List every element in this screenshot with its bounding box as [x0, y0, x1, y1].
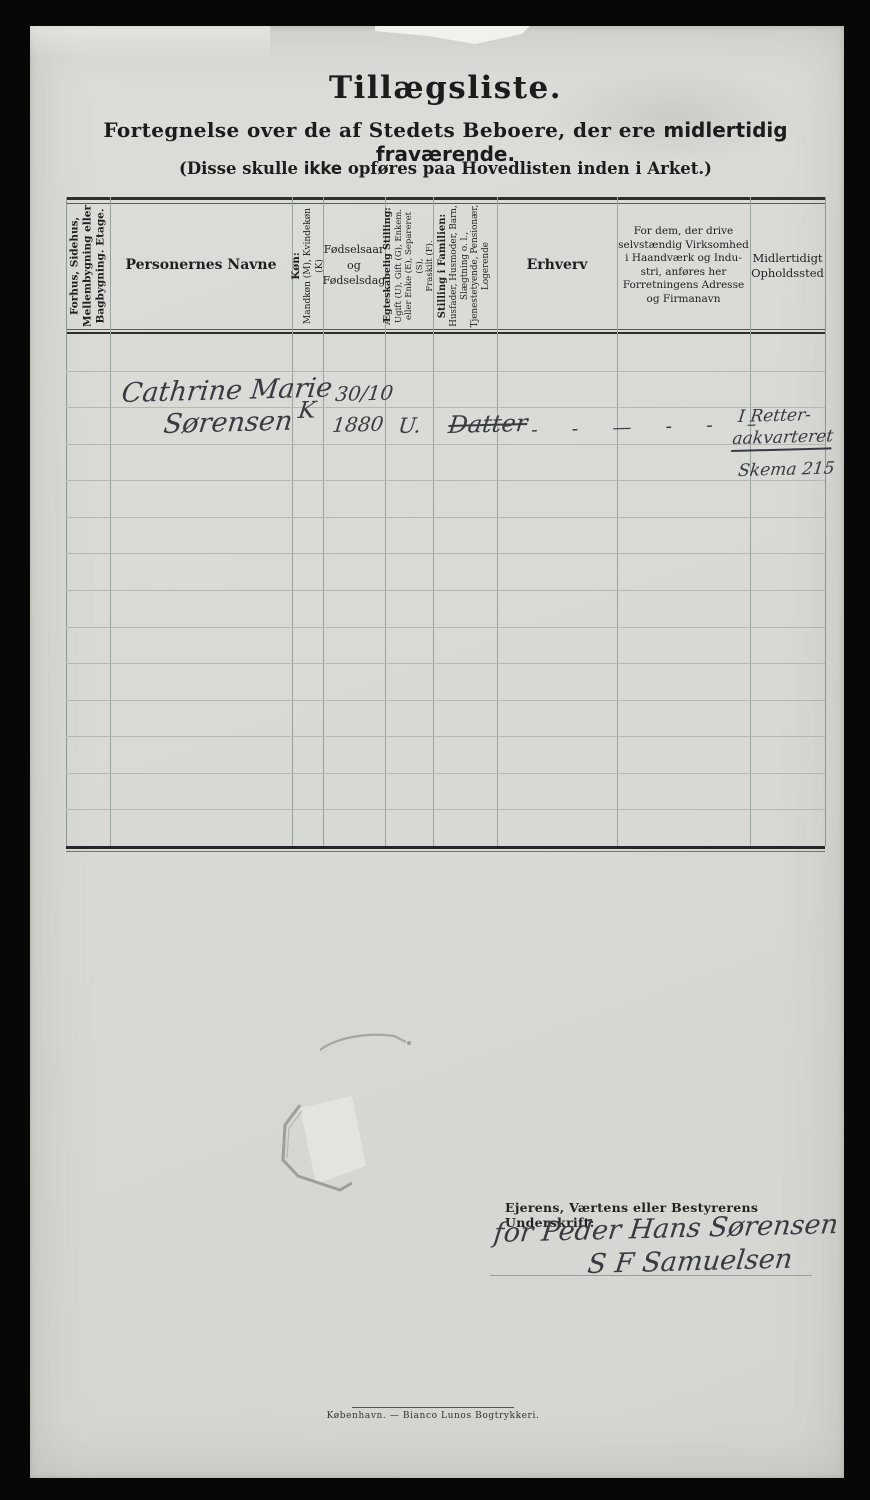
column-header-line: Stilling i Familien: [438, 204, 449, 328]
column-header-line: Mandkøn (M), Kvindekøn (K) [302, 204, 326, 328]
column-header-marital: Ægteskabelig Stilling:Ugift (U), Gift (G… [385, 205, 433, 326]
pencil-clip-marks [276, 1016, 416, 1196]
column-header-line: selvstændig Virksomhed [618, 239, 749, 253]
column-header-line: Køn: [290, 204, 302, 328]
column-header-line: Forretningens Adresse [623, 279, 744, 293]
entry-birth-year: 1880 [331, 412, 385, 437]
entry-birth-date: 30/10 [334, 380, 395, 406]
entry-sex: K [297, 398, 317, 424]
column-header-line: i Haandværk og Indu- [625, 252, 742, 266]
column-header-line: Husfader, Husmoder, Barn, [449, 204, 460, 328]
printer-imprint: København. — Bianco Lunos Bogtrykkeri. [325, 1411, 541, 1421]
column-header-birth: FødselsaarogFødselsdag [323, 205, 385, 326]
entry-residence-line3: Skema 215 [737, 458, 836, 481]
scanned-census-sheet: Tillægsliste. Fortegnelse over de af Ste… [30, 26, 844, 1478]
grid-line [66, 851, 825, 852]
column-header-line: Fødselsdag [323, 273, 386, 289]
note-text-suffix: opføres paa Hovedlisten inden i Arket.) [342, 159, 712, 178]
column-header-line: Slægtning o. l., [460, 204, 471, 328]
column-header-line: eller Enke (E), Separeret (S), [404, 204, 425, 328]
column-header-name: Personernes Navne [110, 205, 292, 326]
column-header-line: Erhverv [527, 257, 588, 274]
grid-line [66, 332, 825, 335]
grid-line [66, 590, 825, 591]
column-header-line: Ægteskabelig Stilling: [383, 204, 394, 328]
grid-line [66, 773, 825, 774]
grid-line [66, 663, 825, 664]
column-header-occupation: Erhverv [497, 205, 617, 326]
entry-name-line2: Sørensen [162, 406, 294, 440]
column-header-line: Opholdssted [751, 266, 824, 281]
grid-line [66, 371, 825, 372]
column-header-line: og [347, 258, 361, 274]
grid-line [66, 846, 825, 849]
page-title: Tillægsliste. [66, 70, 825, 106]
grid-line [66, 736, 825, 737]
column-header-family: Stilling i Familien:Husfader, Husmoder, … [433, 205, 497, 326]
entry-family-position: Datter [447, 409, 529, 439]
column-header-line: Logerende [481, 204, 492, 328]
column-header-business: For dem, der driveselvstændig Virksomhed… [617, 205, 750, 326]
column-header-line: Fødselsaar [324, 242, 384, 258]
entry-residence-line2: aakvarteret [731, 426, 834, 452]
grid-line [66, 329, 825, 330]
column-header-sex: Køn:Mandkøn (M), Kvindekøn (K) [292, 205, 323, 326]
column-header-line: For dem, der drive [634, 225, 734, 239]
column-header-line: Forhus, Sidehus, [69, 204, 82, 328]
scan-highlight [30, 26, 270, 60]
column-header-line: Personernes Navne [125, 257, 276, 274]
grid-line [66, 809, 825, 810]
column-header-line: stri, anføres her [641, 266, 727, 280]
page-note: (Disse skulle ikke opføres paa Hovedlist… [66, 159, 825, 178]
grid-line [66, 627, 825, 628]
grid-line [66, 700, 825, 701]
grid-line [825, 197, 826, 846]
grid-line [66, 553, 825, 554]
column-header-line: Tjenestetyende, Pensionær, [470, 204, 481, 328]
column-header-line: Bagbygning. Etage. [95, 204, 108, 328]
column-header-line: Midlertidigt [752, 251, 822, 266]
grid-line [66, 197, 825, 200]
note-text-prefix: (Disse skulle [179, 159, 304, 178]
column-header-residence: MidlertidigtOpholdssted [750, 205, 825, 326]
signature-rule [490, 1275, 812, 1276]
column-header-line: Mellembygning eller [82, 204, 95, 328]
column-header-line: Ugift (U), Gift (G), Enkem. [393, 204, 404, 328]
imprint-rule [352, 1407, 514, 1408]
grid-line [66, 444, 825, 445]
note-bold-text: ikke [304, 159, 342, 178]
entry-marital-status: U. [397, 413, 422, 438]
column-header-line: og Firmanavn [647, 293, 721, 307]
subtitle-text: Fortegnelse over de af Stedets Beboere, … [103, 118, 663, 142]
entry-residence-line1: I Retter- [737, 405, 812, 427]
column-header-building: Forhus, Sidehus,Mellembygning ellerBagby… [66, 205, 110, 326]
torn-paper-edge [350, 26, 550, 48]
grid-line [66, 480, 825, 481]
grid-line [66, 517, 825, 518]
